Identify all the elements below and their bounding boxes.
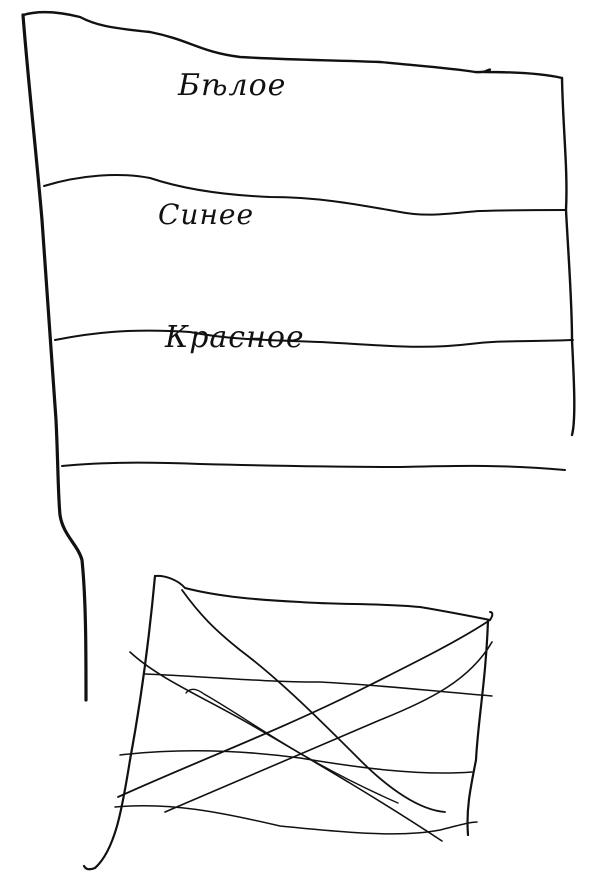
saltire-diagonal-2 — [130, 652, 442, 841]
secondary-flag-top-edge — [155, 576, 492, 620]
stripe-divider-2 — [55, 331, 573, 347]
saltire-diagonal-4 — [165, 642, 492, 812]
main-flagpole — [23, 15, 86, 700]
saltire-diagonal-3 — [118, 620, 490, 797]
secondary-flagpole — [84, 576, 155, 869]
secondary-flag-line-2 — [120, 751, 472, 773]
flag-sketch — [0, 0, 600, 881]
main-flag-bottom-edge — [62, 463, 565, 470]
stripe-label-red: Красное — [165, 320, 305, 355]
stripe-label-white: Бѣлое — [178, 68, 286, 103]
main-flag — [23, 12, 574, 700]
saltire-diagonal-1 — [182, 590, 445, 812]
secondary-flag — [84, 576, 492, 869]
main-flag-top-edge — [23, 12, 562, 78]
stripe-label-blue: Синее — [158, 198, 254, 231]
stripe-divider-1 — [44, 175, 565, 215]
main-flag-right-edge — [562, 78, 574, 435]
